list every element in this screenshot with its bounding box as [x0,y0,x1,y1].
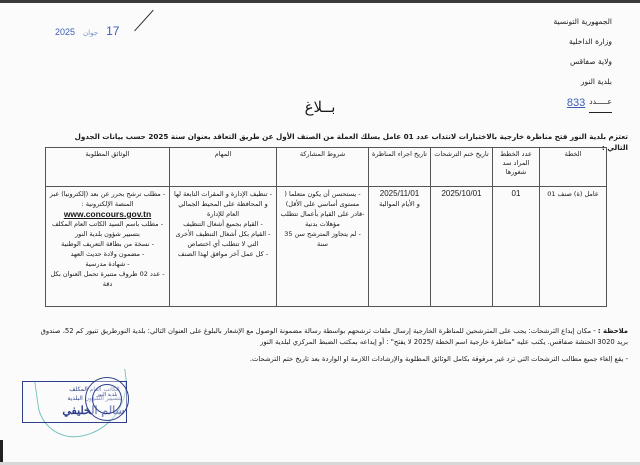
cell-tasks: - تنظيف الإدارة و المقرات التابعة لها و … [170,187,277,307]
note-rejection: - يقع إلغاء جميع مطالب الترشحات التي ترد… [28,354,628,365]
note-submission-text: - مكان إيداع الترشحات: يجب على المترشحين… [41,327,628,346]
document-item: - مضمون ولادة حديث العهد [49,249,166,259]
seal-text: بلدية النور [86,392,128,398]
document-title: بــلاغ [0,98,640,116]
document-item: - عدد 02 ظروف متنبرة تحمل العنوان بكل دق… [49,269,166,289]
header-plan: الخطة [540,148,607,187]
header-count: عدد الخطط المراد سد شغورها [493,148,540,187]
governorate-name: ولاية صفاقس [492,52,612,72]
document-item: - مطلب ترشح بحرر عن بعد (إلكترونيا) عبر … [49,189,166,209]
date-stamp-month: جوان [83,29,98,37]
header-tasks: المهام [170,148,277,187]
header-conditions: شروط المشاركة [277,148,369,187]
date-stamp-year: 2025 [55,27,75,37]
task-item: - القيام بجميع أشغال التنظيف [173,219,273,229]
date-stamp-day: 17 [106,24,119,38]
municipality-name: بلدية النور [492,72,612,92]
slash-mark [134,10,154,32]
exam-date-value: 2025/11/01 [380,189,419,198]
table-row: عامل (ة) صنف 01 01 2025/10/01 2025/11/01… [46,187,607,307]
header-closing-date: تاريخ ختم الترشحات [431,148,493,187]
header-documents: الوثائق المطلوبة [46,148,170,187]
cell-exam-date: 2025/11/01 و الأيام الموالية [369,187,431,307]
ministry-name: وزارة الداخلية [492,32,612,52]
document-item: - مطلب باسم السيد الكاتب العام المكلف بت… [49,219,166,239]
date-stamp: 2025 جوان 17 [55,24,119,38]
cell-plan: عامل (ة) صنف 01 [540,187,607,307]
scan-top-edge [0,0,640,3]
cell-documents: - مطلب ترشح بحرر عن بعد (إلكترونيا) عبر … [46,187,170,307]
notes-section: ملاحظة : - مكان إيداع الترشحات: يجب على … [28,326,628,371]
concours-url-link[interactable]: www.concours.gov.tn [49,209,166,219]
task-item: - تنظيف الإدارة و المقرات التابعة لها و … [173,189,273,219]
condition-item: -قادر على القيام بأعمال تتطلب مؤهلات بدن… [280,209,365,229]
task-item: - كل عمل آخر موافق لهذا الصنف [173,249,273,259]
cell-count: 01 [493,187,540,307]
note-submission: ملاحظة : - مكان إيداع الترشحات: يجب على … [28,326,628,348]
exam-date-suffix: و الأيام الموالية [379,200,420,208]
condition-item: - لم يتجاوز المترشح سن 35 سنة [280,229,365,249]
document-item: - نسخة من بطاقة التعريف الوطنية [49,239,166,249]
cell-conditions: - يستحسن أن يكون متعلما ( مستوى أساسي عل… [277,187,369,307]
notes-label: ملاحظة : [598,327,628,335]
country-name: الجمهورية التونسية [492,12,612,32]
official-seal: بلدية النور [85,377,129,421]
condition-item: - يستحسن أن يكون متعلما ( مستوى أساسي عل… [280,189,365,209]
cell-closing-date: 2025/10/01 [431,187,493,307]
positions-table: الخطة عدد الخطط المراد سد شغورها تاريخ خ… [45,147,607,307]
task-item: - القيام بكل أشغال التنظيف الأخرى التي ل… [173,229,273,249]
header-exam-date: تاريخ اجراء المناظرة [369,148,431,187]
document-item: - شهادة مدرسية [49,259,166,269]
table-header-row: الخطة عدد الخطط المراد سد شغورها تاريخ خ… [46,148,607,187]
